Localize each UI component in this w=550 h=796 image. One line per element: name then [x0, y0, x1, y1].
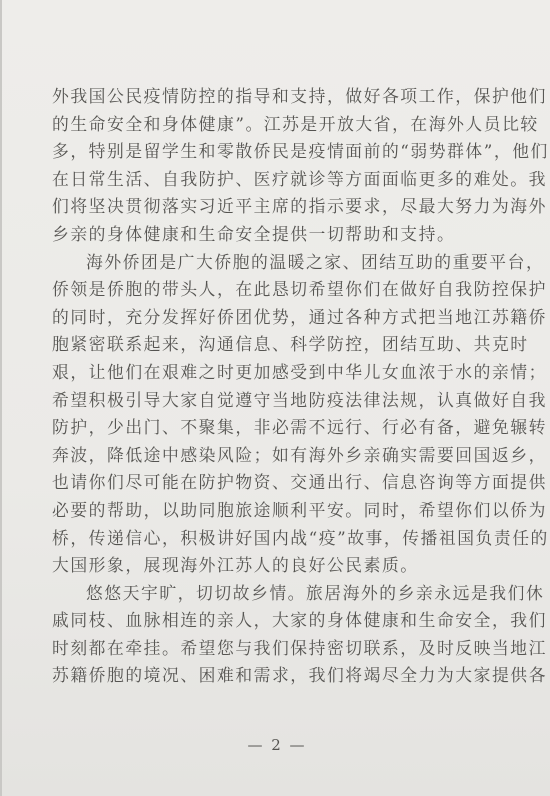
text-line: 戚同枝、血脉相连的亲人，大家的身体健康和生命安全，我们: [52, 607, 498, 635]
paragraph-first-line: 悠悠天宇旷，切切故乡情。旅居海外的乡亲永远是我们休: [52, 580, 498, 608]
text-line: 在日常生活、自我防护、医疗就诊等方面面临更多的难处。我: [52, 166, 498, 194]
text-line: 大国形象，展现海外江苏人的良好公民素质。: [52, 552, 498, 580]
text-line: 希望积极引导大家自觉遵守当地防疫法律法规，认真做好自我: [52, 387, 498, 415]
text-line: 侨领是侨胞的带头人，在此恳切希望你们在做好自我防控保护: [52, 276, 498, 304]
text-line: 艰，让他们在艰难之时更加感受到中华儿女血浓于水的亲情；: [52, 359, 498, 387]
page-number: — 2 —: [2, 736, 550, 754]
text-line: 外我国公民疫情防控的指导和支持，做好各项工作，保护他们: [52, 83, 498, 111]
text-line: 桥，传递信心，积极讲好国内战“疫”故事，传播祖国负责任的: [52, 525, 498, 553]
text-line: 的同时，充分发挥好侨团优势，通过各种方式把当地江苏籍侨: [52, 304, 498, 332]
text-line: 奔波，降低途中感染风险；如有海外乡亲确实需要回国返乡，: [52, 442, 498, 470]
paragraph-first-line: 海外侨团是广大侨胞的温暖之家、团结互助的重要平台，: [52, 249, 498, 277]
text-line: 苏籍侨胞的境况、困难和需求，我们将竭尽全力为大家提供各: [52, 662, 498, 690]
text-line: 多，特别是留学生和零散侨民是疫情面前的“弱势群体”，他们: [52, 138, 498, 166]
document-page: 外我国公民疫情防控的指导和支持，做好各项工作，保护他们的生命安全和身体健康”。江…: [0, 0, 550, 796]
body-text: 外我国公民疫情防控的指导和支持，做好各项工作，保护他们的生命安全和身体健康”。江…: [52, 83, 498, 690]
text-line: 防护，少出门、不聚集，非必需不远行、行必有备，避免辗转: [52, 414, 498, 442]
text-line: 胞紧密联系起来，沟通信息、科学防控，团结互助、共克时: [52, 331, 498, 359]
text-line: 乡亲的身体健康和生命安全提供一切帮助和支持。: [52, 221, 498, 249]
text-line: 时刻都在牵挂。希望您与我们保持密切联系，及时反映当地江: [52, 635, 498, 663]
text-line: 必要的帮助，以助同胞旅途顺利平安。同时，希望你们以侨为: [52, 497, 498, 525]
text-line: 也请你们尽可能在防护物资、交通出行、信息咨询等方面提供: [52, 469, 498, 497]
text-line: 们将坚决贯彻落实习近平主席的指示要求，尽最大努力为海外: [52, 193, 498, 221]
text-line: 的生命安全和身体健康”。江苏是开放大省，在海外人员比较: [52, 111, 498, 139]
